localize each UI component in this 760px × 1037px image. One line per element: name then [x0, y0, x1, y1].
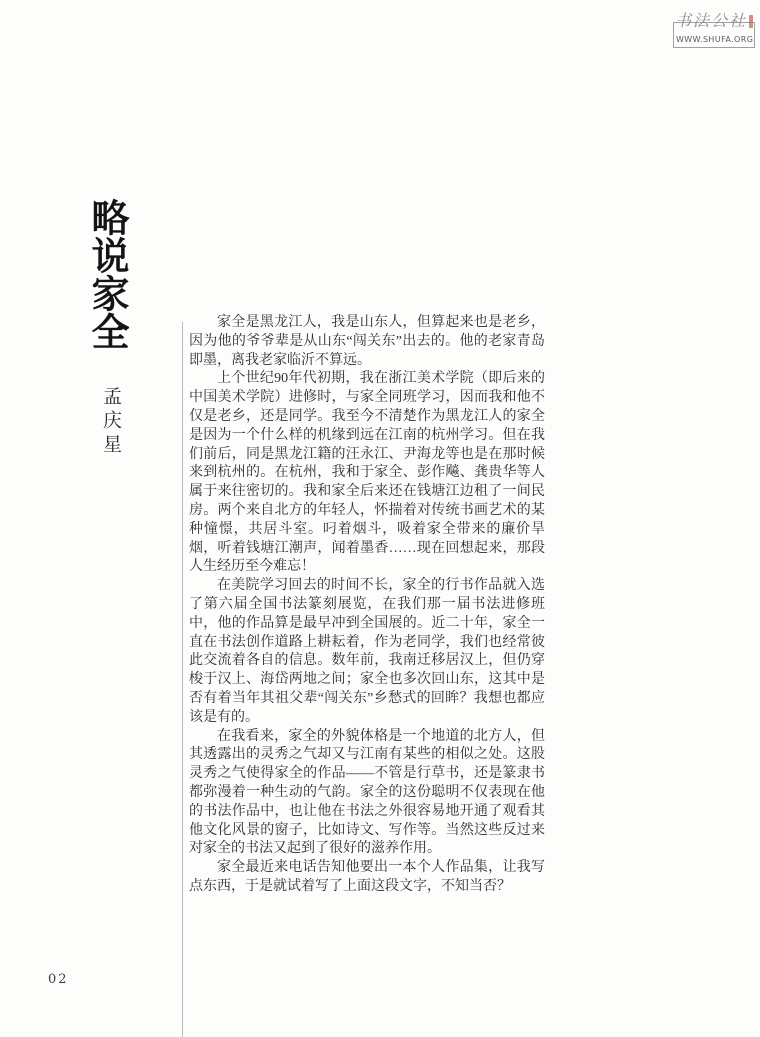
paragraph-4: 在我看来，家全的外貌体格是一个地道的北方人，但其透露出的灵秀之气却又与江南有某些…: [189, 728, 545, 860]
logo-brand-text: 书法公社: [675, 13, 747, 30]
paragraph-3: 在美院学习回去的时间不长，家全的行书作品就入选了第六届全国书法篆刻展览，在我们那…: [189, 577, 545, 727]
paragraph-5: 家全最近来电话告知他要出一本个人作品集，让我写点东西，于是就试着写了上面这段文字…: [189, 859, 545, 897]
logo-url-text: WWW.SHUFA.ORG: [676, 35, 753, 44]
article-body: 家全是黑龙江人，我是山东人，但算起来也是老乡，因为他的爷爷辈是从山东“闯关东”出…: [189, 314, 545, 897]
paragraph-2: 上个世纪90年代初期，我在浙江美术学院（即后来的中国美术学院）进修时，与家全同班…: [189, 370, 545, 577]
seal-icon: [749, 15, 753, 28]
divider-line: [182, 322, 183, 1037]
logo-brand-row: 书法公社: [673, 10, 755, 34]
page-number: 02: [48, 972, 69, 987]
scanned-page: 书法公社 WWW.SHUFA.ORG 略说家全 孟庆星 家全是黑龙江人，我是山东…: [0, 0, 760, 1037]
article-author: 孟庆星: [99, 386, 121, 458]
article-title: 略说家全: [86, 198, 126, 350]
paragraph-1: 家全是黑龙江人，我是山东人，但算起来也是老乡，因为他的爷爷辈是从山东“闯关东”出…: [189, 314, 545, 370]
site-logo: 书法公社 WWW.SHUFA.ORG: [673, 10, 755, 48]
